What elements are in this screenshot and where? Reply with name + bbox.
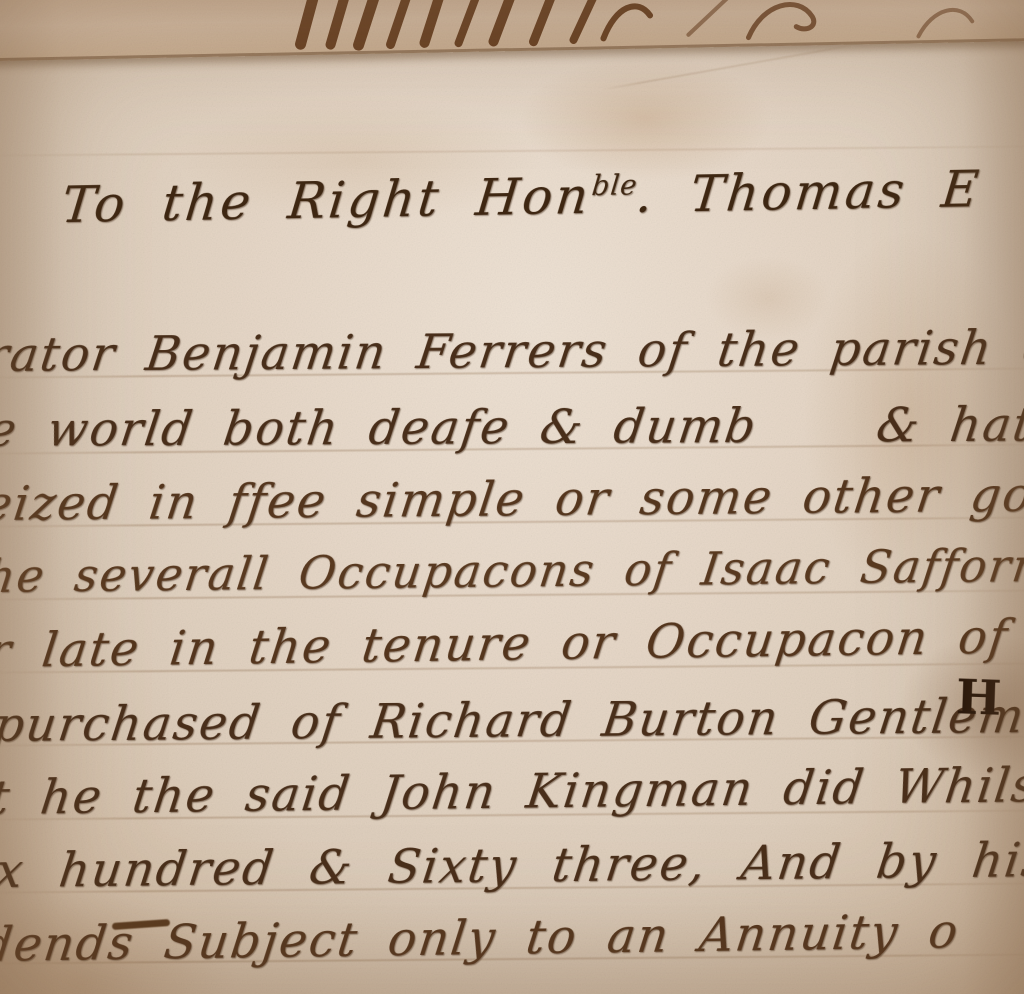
- heading-superscript: ble: [590, 169, 639, 202]
- margin-annotation: H: [955, 669, 1002, 727]
- manuscript-line: r late in the tenure or Occupacon of Ar: [0, 608, 1024, 679]
- manuscript-line: he severall Occupacons of Isaac Safforne…: [0, 538, 1024, 603]
- parchment-sheet: To the Right Honble. Thomas E rator Benj…: [0, 0, 1024, 994]
- heading-text-post: . Thomas E: [634, 160, 985, 224]
- manuscript-line: t he the said John Kingman did Whilst: [0, 758, 1024, 826]
- manuscript-line: eized in ffee simple or some other good: [0, 467, 1024, 532]
- crease-line-diagonal: [602, 43, 858, 90]
- heading-line: To the Right Honble. Thomas E: [59, 160, 984, 234]
- heading-text-pre: To the Right Hon: [59, 167, 594, 234]
- crease-line: [0, 145, 1024, 156]
- manuscript-line: x hundred & Sixty three, And by his: [0, 833, 1024, 899]
- manuscript-line: e world both deafe & dumb & hath Con: [0, 397, 1024, 458]
- manuscript-line: dends Subject only to an Annuity o: [0, 904, 963, 973]
- manuscript-line: rator Benjamin Ferrers of the parish of: [0, 320, 1024, 383]
- manuscript-line: purchased of Richard Burton Gentlem: [0, 689, 1024, 753]
- manuscript-photo: To the Right Honble. Thomas E rator Benj…: [0, 0, 1024, 994]
